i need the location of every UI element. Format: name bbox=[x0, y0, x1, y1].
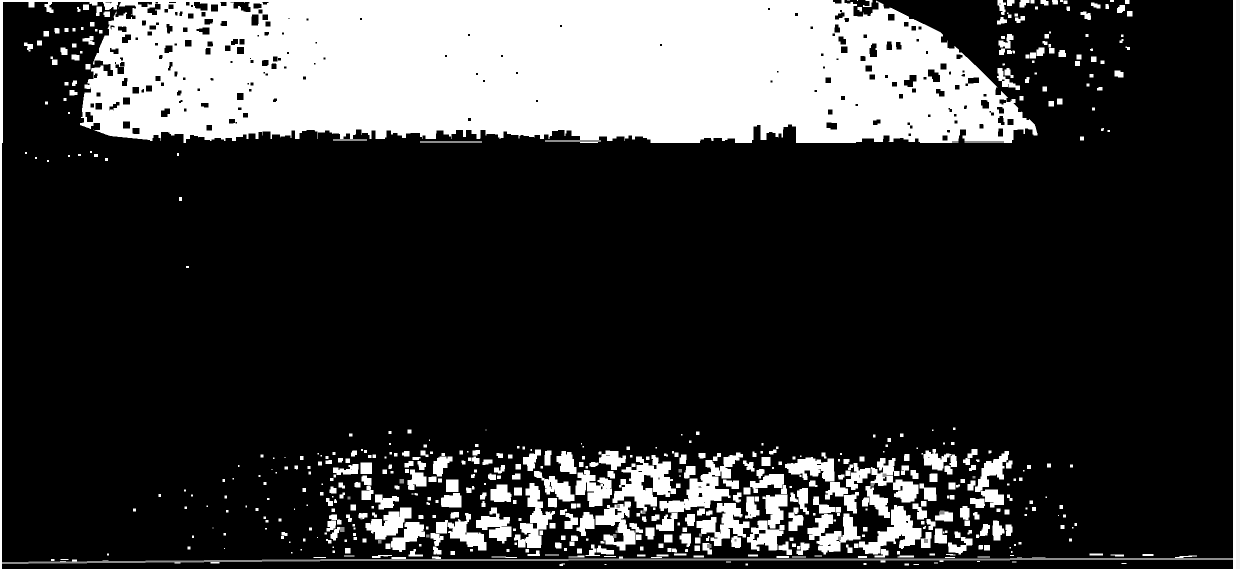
binary-image-canvas bbox=[0, 0, 1240, 569]
thresholded-scene-image bbox=[0, 0, 1240, 569]
